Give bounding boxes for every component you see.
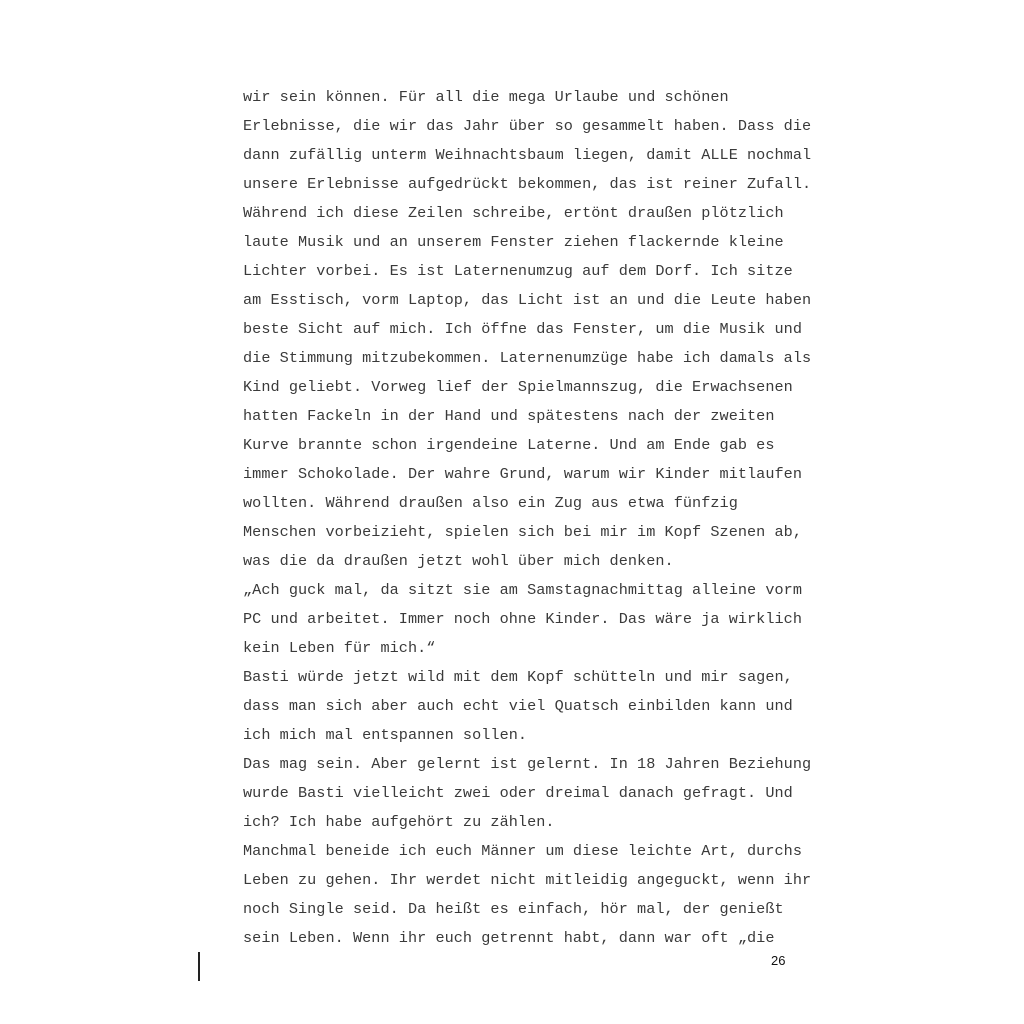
text-line: dann zufällig unterm Weihnachtsbaum lieg… — [243, 143, 803, 172]
text-line: Basti würde jetzt wild mit dem Kopf schü… — [243, 665, 803, 694]
text-line: hatten Fackeln in der Hand und spätesten… — [243, 404, 803, 433]
text-line: Erlebnisse, die wir das Jahr über so ges… — [243, 114, 803, 143]
text-line: am Esstisch, vorm Laptop, das Licht ist … — [243, 288, 803, 317]
text-line: PC und arbeitet. Immer noch ohne Kinder.… — [243, 607, 803, 636]
text-line: Während ich diese Zeilen schreibe, ertön… — [243, 201, 803, 230]
text-line: noch Single seid. Da heißt es einfach, h… — [243, 897, 803, 926]
text-line: wollten. Während draußen also ein Zug au… — [243, 491, 803, 520]
body-text: wir sein können. Für all die mega Urlaub… — [243, 85, 803, 955]
document-page: wir sein können. Für all die mega Urlaub… — [0, 0, 1024, 1024]
text-line: immer Schokolade. Der wahre Grund, warum… — [243, 462, 803, 491]
text-line: Manchmal beneide ich euch Männer um dies… — [243, 839, 803, 868]
text-line: was die da draußen jetzt wohl über mich … — [243, 549, 803, 578]
text-line: beste Sicht auf mich. Ich öffne das Fens… — [243, 317, 803, 346]
text-line: ich mich mal entspannen sollen. — [243, 723, 803, 752]
text-line: ich? Ich habe aufgehört zu zählen. — [243, 810, 803, 839]
text-cursor-bar — [198, 952, 200, 981]
text-line: dass man sich aber auch echt viel Quatsc… — [243, 694, 803, 723]
text-line: Menschen vorbeizieht, spielen sich bei m… — [243, 520, 803, 549]
text-line: unsere Erlebnisse aufgedrückt bekommen, … — [243, 172, 803, 201]
page-number: 26 — [771, 953, 785, 968]
text-line: sein Leben. Wenn ihr euch getrennt habt,… — [243, 926, 803, 955]
text-line: kein Leben für mich.“ — [243, 636, 803, 665]
text-line: Kind geliebt. Vorweg lief der Spielmanns… — [243, 375, 803, 404]
text-line: Lichter vorbei. Es ist Laternenumzug auf… — [243, 259, 803, 288]
text-line: Kurve brannte schon irgendeine Laterne. … — [243, 433, 803, 462]
text-line: laute Musik und an unserem Fenster ziehe… — [243, 230, 803, 259]
text-line: wurde Basti vielleicht zwei oder dreimal… — [243, 781, 803, 810]
text-line: Leben zu gehen. Ihr werdet nicht mitleid… — [243, 868, 803, 897]
text-line: Das mag sein. Aber gelernt ist gelernt. … — [243, 752, 803, 781]
text-line: wir sein können. Für all die mega Urlaub… — [243, 85, 803, 114]
text-line: „Ach guck mal, da sitzt sie am Samstagna… — [243, 578, 803, 607]
text-line: die Stimmung mitzubekommen. Laternenumzü… — [243, 346, 803, 375]
